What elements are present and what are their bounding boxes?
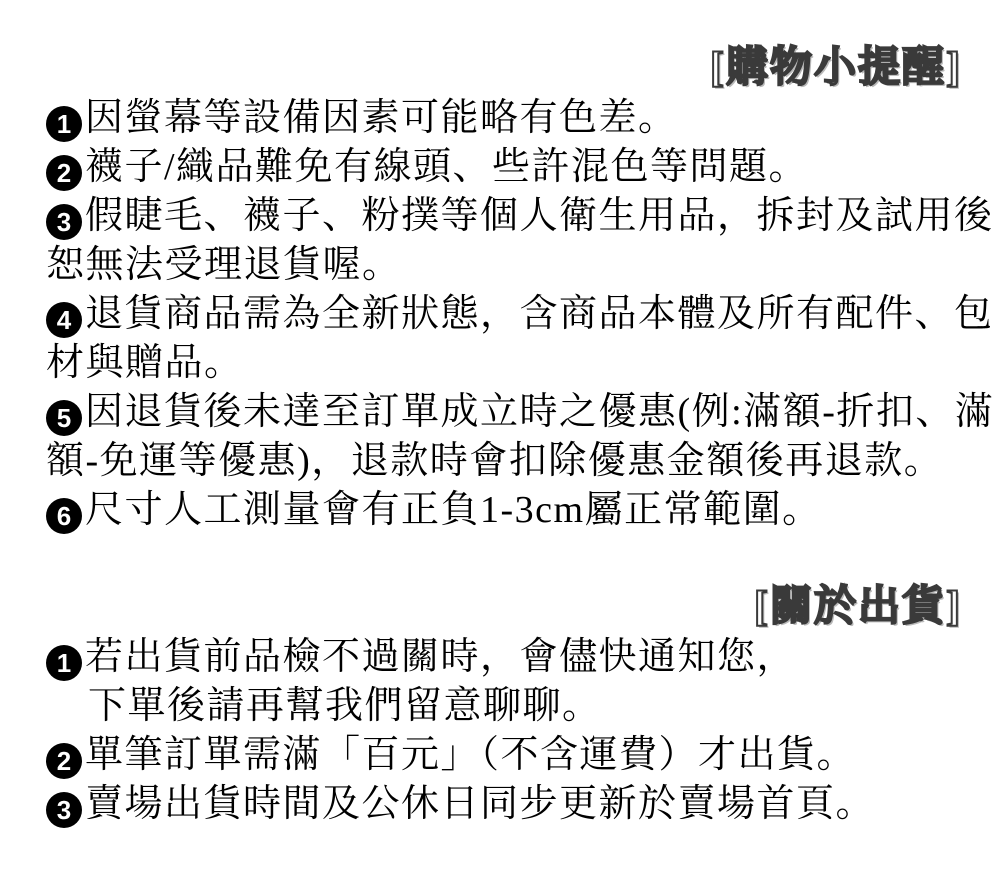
notice-text: 恕無法受理退貨喔。 [46, 244, 402, 286]
notice-line-continuation: 額-免運等優惠)，退款時會扣除優惠金額後再退款。 [46, 437, 962, 486]
notice-line: 3賣場出貨時間及公休日同步更新於賣場首頁。 [46, 780, 962, 829]
notice-line: 1因螢幕等設備因素可能略有色差。 [46, 94, 962, 143]
numbered-bullet: 4 [46, 302, 82, 338]
notice-text: 因螢幕等設備因素可能略有色差。 [85, 97, 678, 139]
numbered-bullet: 3 [46, 204, 82, 240]
notice-text: 下單後請再幫我們留意聊聊。 [88, 685, 602, 727]
notice-text: 額-免運等優惠)，退款時會扣除優惠金額後再退款。 [46, 440, 943, 482]
notice-text: 因退貨後未達至訂單成立時之優惠(例:滿額-折扣、滿 [85, 391, 994, 433]
notice-line: 4退貨商品需為全新狀態，含商品本體及所有配件、包 [46, 290, 962, 339]
notice-line: 2單筆訂單需滿「百元」（不含運費）才出貨。 [46, 731, 962, 780]
notice-text: 假睫毛、襪子、粉撲等個人衛生用品，拆封及試用後 [85, 195, 994, 237]
notice-line: 6尺寸人工測量會有正負1-3cm屬正常範圍。 [46, 486, 962, 535]
notice-line: 1若出貨前品檢不過關時，會儘快通知您， [46, 633, 962, 682]
notice-line: 5因退貨後未達至訂單成立時之優惠(例:滿額-折扣、滿 [46, 388, 962, 437]
numbered-bullet: 1 [46, 645, 82, 681]
notice-line-continuation: 恕無法受理退貨喔。 [46, 241, 962, 290]
notice-text: 材與贈品。 [46, 342, 244, 384]
notice-line: 3假睫毛、襪子、粉撲等個人衛生用品，拆封及試用後 [46, 192, 962, 241]
numbered-bullet: 6 [46, 498, 82, 534]
numbered-bullet: 1 [46, 106, 82, 142]
notice-text: 賣場出貨時間及公休日同步更新於賣場首頁。 [85, 783, 875, 825]
notice-line-continuation: 材與贈品。 [46, 339, 962, 388]
numbered-bullet: 2 [46, 155, 82, 191]
section-title-shopping-reminder: [購物小提醒] [46, 42, 962, 94]
notice-page: [購物小提醒] 1因螢幕等設備因素可能略有色差。 2襪子/織品難免有線頭、些許混… [0, 0, 1000, 877]
numbered-bullet: 5 [46, 400, 82, 436]
notice-text: 退貨商品需為全新狀態，含商品本體及所有配件、包 [85, 293, 994, 335]
notice-line-continuation: 下單後請再幫我們留意聊聊。 [46, 682, 962, 731]
notice-text: 若出貨前品檢不過關時，會儘快通知您， [85, 636, 796, 678]
notice-text: 尺寸人工測量會有正負1-3cm屬正常範圍。 [85, 489, 822, 531]
notice-text: 單筆訂單需滿「百元」（不含運費）才出貨。 [85, 734, 856, 776]
notice-line: 2襪子/織品難免有線頭、些許混色等問題。 [46, 143, 962, 192]
numbered-bullet: 3 [46, 792, 82, 828]
notice-text: 襪子/織品難免有線頭、些許混色等問題。 [85, 146, 808, 188]
section-title-about-shipping: [關於出貨] [46, 581, 962, 633]
numbered-bullet: 2 [46, 743, 82, 779]
